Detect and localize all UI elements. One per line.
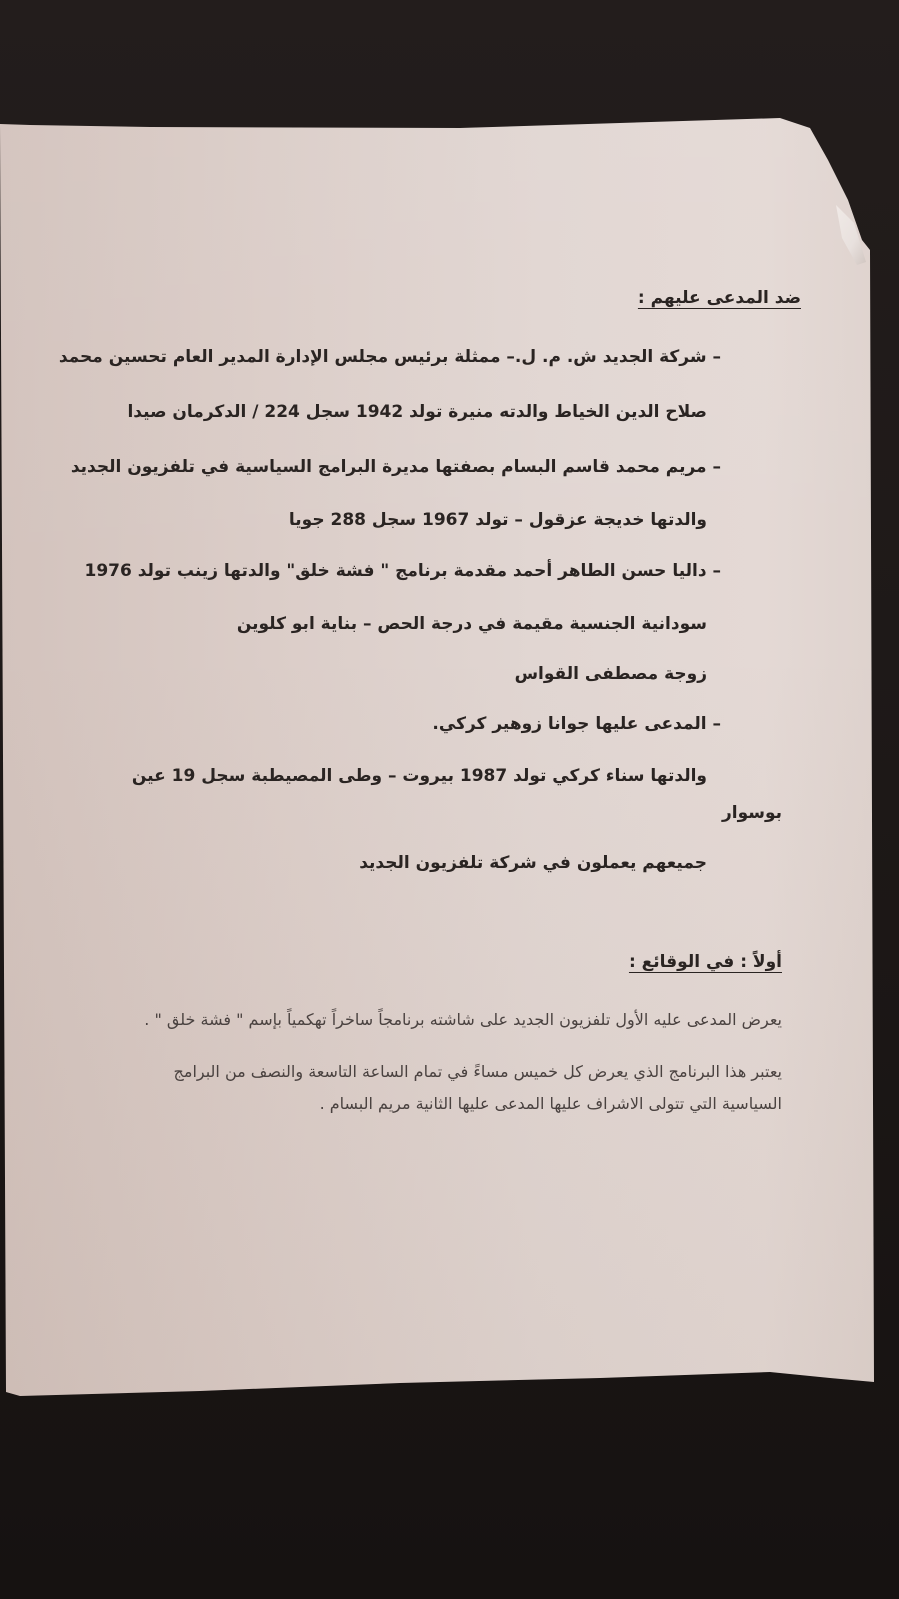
defendant-3-line-1: – داليا حسن الطاهر أحمد مقدمة برنامج " ف…	[84, 559, 721, 583]
defendant-4-line-1: – المدعى عليها جوانا زوهير كركي.	[432, 712, 721, 736]
defendant-1-line-2: صلاح الدين الخياط والدته منيرة تولد 1942…	[127, 400, 707, 424]
photo-scene: ضد المدعى عليهم : – شركة الجديد ش. م. ل.…	[0, 0, 899, 1599]
defendant-4-line-2: والدتها سناء كركي تولد 1987 بيروت – وطى …	[132, 764, 707, 788]
facts-heading: أولاً : في الوقائع :	[629, 950, 782, 974]
facts-paragraph-2-line-1: يعتبر هذا البرنامج الذي يعرض كل خميس مسا…	[174, 1060, 782, 1084]
defendants-heading: ضد المدعى عليهم :	[638, 286, 801, 310]
defendant-4-line-3: بوسوار	[722, 801, 782, 825]
defendant-1-line-1: – شركة الجديد ش. م. ل.– ممثلة برئيس مجلس…	[59, 345, 721, 369]
defendant-2-line-1: – مريم محمد قاسم البسام بصفتها مديرة الب…	[71, 455, 721, 479]
facts-paragraph-2-line-2: السياسية التي تتولى الاشراف عليها المدعى…	[320, 1092, 782, 1116]
defendant-3-line-3: زوجة مصطفى القواس	[515, 662, 707, 686]
defendant-2-line-2: والدتها خديجة عزقول – تولد 1967 سجل 288 …	[289, 508, 707, 532]
document-text: ضد المدعى عليهم : – شركة الجديد ش. م. ل.…	[0, 0, 899, 1599]
defendant-3-line-2: سودانية الجنسية مقيمة في درجة الحص – بنا…	[237, 612, 707, 636]
defendants-closing-line: جميعهم يعملون في شركة تلفزيون الجديد	[359, 851, 707, 875]
facts-paragraph-1: يعرض المدعى عليه الأول تلفزيون الجديد عل…	[144, 1008, 782, 1032]
